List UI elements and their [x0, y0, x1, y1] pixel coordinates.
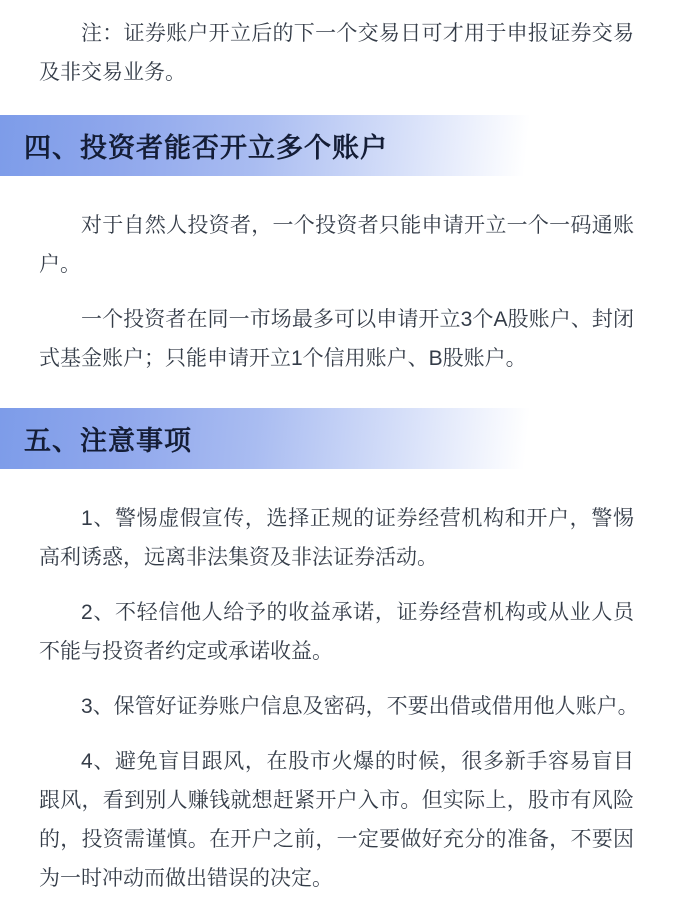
section-heading-4: 四、投资者能否开立多个账户 [0, 115, 674, 176]
section-4-paragraph-1: 对于自然人投资者，一个投资者只能申请开立一个一码通账户。 [39, 206, 634, 284]
section-heading-5: 五、注意事项 [0, 408, 674, 469]
section-5-item-2: 2、不轻信他人给予的收益承诺，证券经营机构或从业人员不能与投资者约定或承诺收益。 [39, 593, 634, 671]
section-5-item-4: 4、避免盲目跟风，在股市火爆的时候，很多新手容易盲目跟风，看到别人赚钱就想赶紧开… [39, 742, 634, 898]
article-page: 注：证券账户开立后的下一个交易日可才用于申报证券交易及非交易业务。 四、投资者能… [0, 0, 674, 900]
section-5-item-1: 1、警惕虚假宣传，选择正规的证券经营机构和开户，警惕高利诱惑，远离非法集资及非法… [39, 499, 634, 577]
section-5-item-3: 3、保管好证券账户信息及密码，不要出借或借用他人账户。 [39, 687, 634, 726]
section-4-paragraph-2: 一个投资者在同一市场最多可以申请开立3个A股账户、封闭式基金账户；只能申请开立1… [39, 300, 634, 378]
note-paragraph: 注：证券账户开立后的下一个交易日可才用于申报证券交易及非交易业务。 [39, 14, 634, 92]
